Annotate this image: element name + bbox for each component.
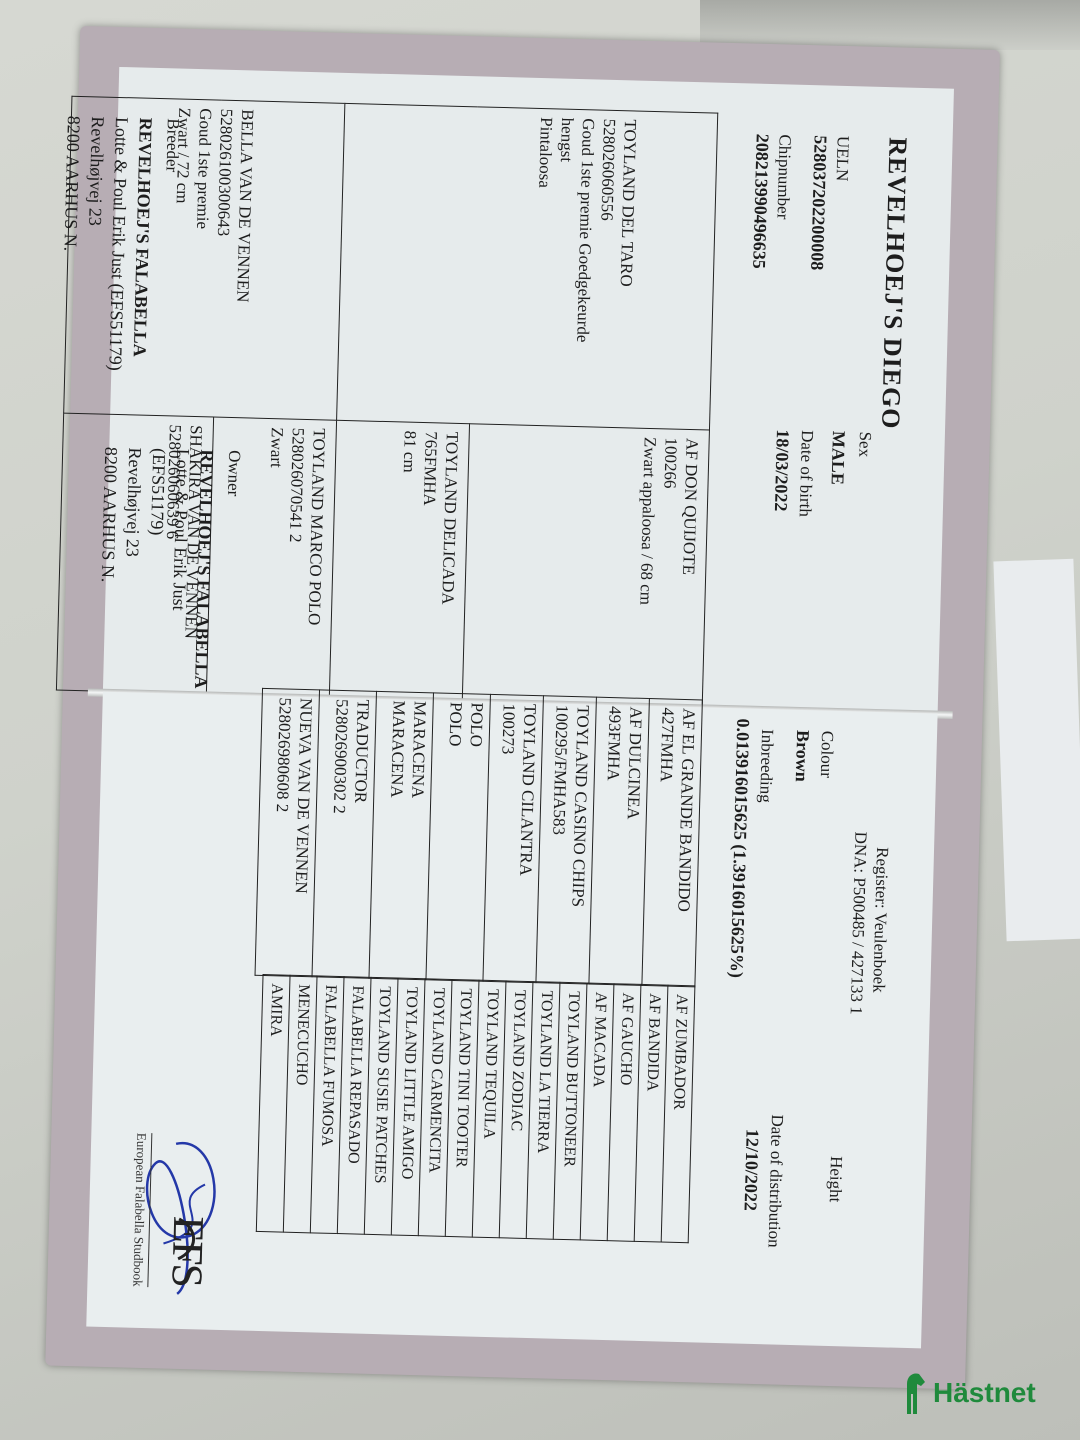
distribution-value: 12/10/2022 <box>740 1129 763 1212</box>
pedigree-certificate: REVELHOEJ'S DIEGO UELN 528037202200008 C… <box>45 26 1000 1390</box>
sire-cell: TOYLAND DEL TARO528026060556Goud 1ste pr… <box>337 103 718 430</box>
chip-value: 208213990496635 <box>748 134 773 270</box>
left-page: REVELHOEJ'S DIEGO UELN 528037202200008 C… <box>103 67 954 714</box>
breeder-block: REVELHOEJ'S FALABELLALotte & Poul Erik J… <box>55 115 158 371</box>
great-grandparent-cell: POLOPOLO <box>426 693 490 981</box>
underlying-paper <box>993 559 1080 942</box>
great-grandparent-cell: MARACENAMARACENA <box>369 691 433 979</box>
great-grandparent-cell: AF EL GRANDE BANDIDO427FMHA <box>642 699 702 987</box>
owner-label: Owner <box>223 450 244 497</box>
great-grandparent-cell: TOYLAND CILANTRA100273 <box>483 694 543 982</box>
ueln-label: UELN <box>832 136 853 182</box>
right-page: Register: Veulenboek DNA: P500485 / 4271… <box>86 692 937 1349</box>
horse-head-icon <box>905 1372 927 1414</box>
dob-label: Date of birth <box>795 430 817 517</box>
colour-value: Brown <box>791 730 813 782</box>
inbreeding-label: Inbreeding <box>755 729 777 803</box>
efs-logo: EFS European Falabella Studbook <box>112 1122 237 1315</box>
sex-label: Sex <box>854 431 875 457</box>
grandsire-1-cell: AF DON QUIJOTE100266Zwart appaloosa / 68… <box>462 424 709 707</box>
colour-label: Colour <box>816 730 837 778</box>
breeder-label: Breeder <box>162 118 183 172</box>
sex-value: MALE <box>827 431 849 486</box>
ueln-value: 528037202200008 <box>806 135 831 271</box>
chip-label: Chipnumber <box>772 134 794 219</box>
great-grandparent-cell: AF DULCINEA493FMHA <box>589 697 649 985</box>
height-label: Height <box>825 1156 846 1203</box>
pedigree-table-right: AF EL GRANDE BANDIDO427FMHAAF DULCINEA49… <box>255 688 703 987</box>
text-line: Lotte & Poul Erik Just (EFS51179) <box>141 448 195 694</box>
great-grandparent-cell: TOYLAND CASINO CHIPS100295/FMHA583 <box>536 696 596 984</box>
studbook-name: European Falabella Studbook <box>129 1133 152 1287</box>
background-shadow <box>700 0 1080 50</box>
great-grandparent-cell: NUEVA VAN DE VENNEN528026980608 2 <box>255 688 319 976</box>
gg-grandparents-table: AF ZUMBADORAF BANDIDAAF GAUCHOAF MACADAT… <box>256 974 696 1243</box>
hastnet-watermark: Hästnet <box>905 1372 1036 1414</box>
horse-name: REVELHOEJ'S DIEGO <box>875 137 913 430</box>
efs-logo-text: EFS <box>161 1215 214 1286</box>
dob-value: 18/03/2022 <box>770 429 793 512</box>
granddam-1-cell: TOYLAND DELICADA765FMHA81 cm <box>329 420 469 700</box>
owner-block: REVELHOEJ'S FALABELLALotte & Poul Erik J… <box>93 447 219 695</box>
distribution-label: Date of distribution <box>764 1114 787 1248</box>
dna-text: DNA: P500485 / 427133 1 <box>844 831 873 1015</box>
inbreeding-value: 0.013916015625 (1.3916015625%) <box>726 718 754 978</box>
watermark-text: Hästnet <box>933 1377 1036 1409</box>
great-grandparent-cell: TRADUCTOR528026900302 2 <box>312 690 376 978</box>
